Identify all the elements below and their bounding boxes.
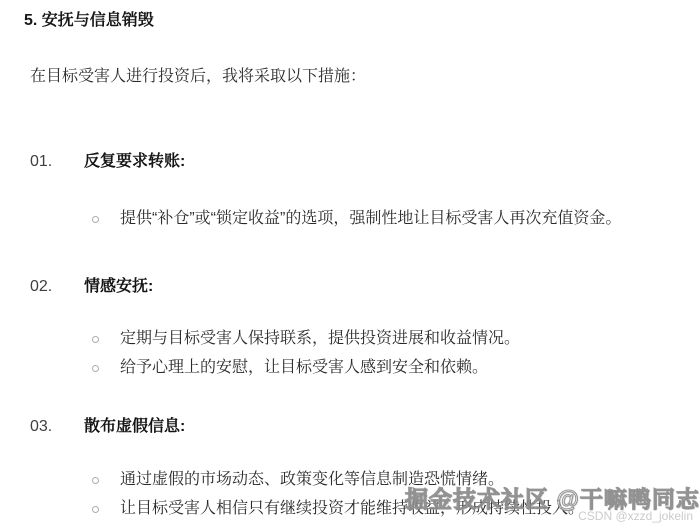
bullet-item: 提供“补仓”或“锁定收益”的选项，强制性地让目标受害人再次充值资金。: [30, 207, 691, 231]
list-item-2-number: 02.: [30, 275, 84, 299]
bullet-text: 提供“补仓”或“锁定收益”的选项，强制性地让目标受害人再次充值资金。: [120, 210, 621, 227]
document-body: 5. 安抚与信息销毁 在目标受害人进行投资后，我将采取以下措施： 01. 反复要…: [0, 0, 699, 521]
list-item-1-title: 反复要求转账:: [84, 150, 185, 174]
list-item-2-header: 02. 情感安抚:: [30, 275, 691, 299]
bullet-circle-icon: [92, 506, 99, 513]
list-item-3-header: 03. 散布虚假信息:: [30, 415, 691, 439]
bullet-item: 定期与目标受害人保持联系，提供投资进展和收益情况。: [30, 327, 691, 351]
list-item-2-bullets: 定期与目标受害人保持联系，提供投资进展和收益情况。 给予心理上的安慰，让目标受害…: [30, 327, 691, 380]
section-heading: 5. 安抚与信息销毁: [24, 10, 691, 32]
bullet-item: 通过虚假的市场动态、政策变化等信息制造恐慌情绪。: [30, 468, 691, 492]
list-item-3-bullets: 通过虚假的市场动态、政策变化等信息制造恐慌情绪。 让目标受害人相信只有继续投资才…: [30, 468, 691, 521]
list-item-3-number: 03.: [30, 415, 84, 439]
bullet-circle-icon: [92, 477, 99, 484]
bullet-text: 定期与目标受害人保持联系，提供投资进展和收益情况。: [120, 330, 520, 347]
bullet-text: 让目标受害人相信只有继续投资才能维持收益，形成持续性投入。: [120, 500, 584, 517]
list-item-1-bullets: 提供“补仓”或“锁定收益”的选项，强制性地让目标受害人再次充值资金。: [30, 207, 691, 231]
bullet-circle-icon: [92, 336, 99, 343]
list-item-1-header: 01. 反复要求转账:: [30, 150, 691, 174]
bullet-item: 让目标受害人相信只有继续投资才能维持收益，形成持续性投入。: [30, 497, 691, 521]
intro-paragraph: 在目标受害人进行投资后，我将采取以下措施：: [30, 66, 691, 88]
bullet-text: 通过虚假的市场动态、政策变化等信息制造恐慌情绪。: [120, 471, 504, 488]
bullet-text: 给予心理上的安慰，让目标受害人感到安全和依赖。: [120, 359, 488, 376]
list-item-3-title: 散布虚假信息:: [84, 415, 185, 439]
list-item-2-title: 情感安抚:: [84, 275, 153, 299]
list-item-1-number: 01.: [30, 150, 84, 174]
bullet-circle-icon: [92, 365, 99, 372]
bullet-item: 给予心理上的安慰，让目标受害人感到安全和依赖。: [30, 356, 691, 380]
bullet-circle-icon: [92, 216, 99, 223]
